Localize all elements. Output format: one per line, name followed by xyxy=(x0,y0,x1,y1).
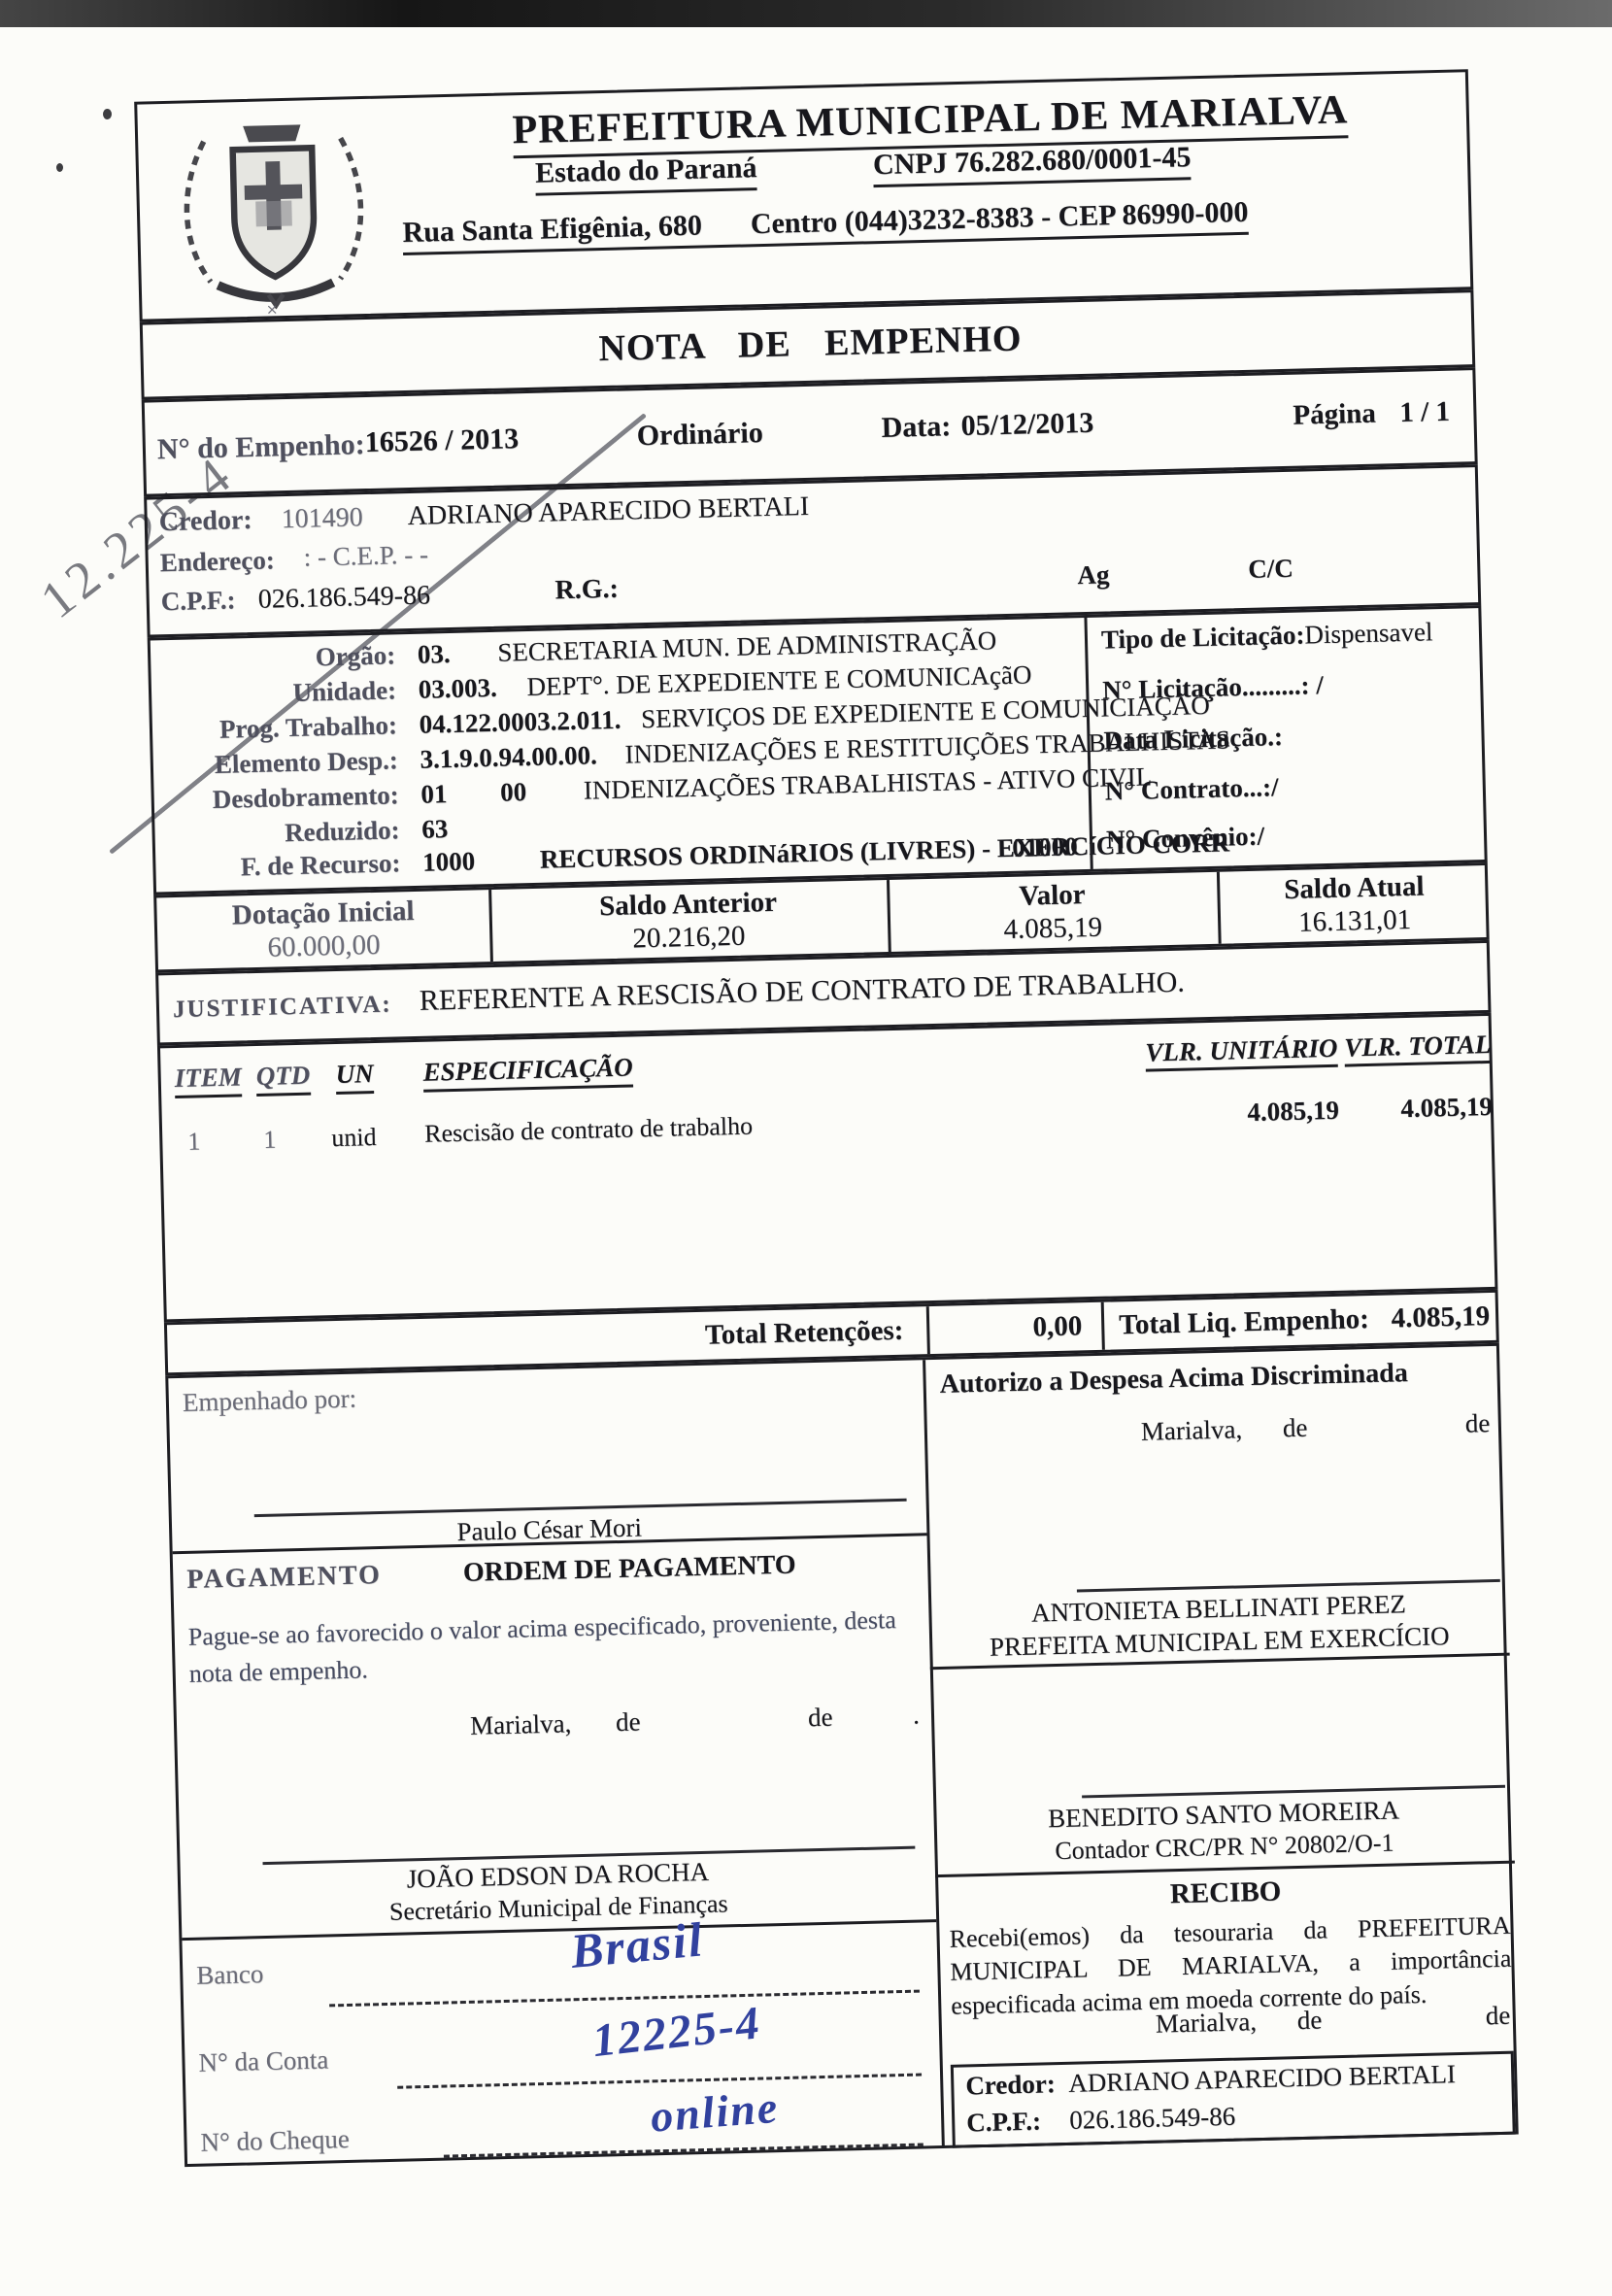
pague-se-text: Pague-se ao favorecido o valor acima esp… xyxy=(187,1602,916,1693)
valor-value: 4.085,19 xyxy=(888,909,1219,949)
orgao-label: Orgão: xyxy=(151,640,396,676)
handwritten-banco: Brasil xyxy=(568,1910,706,1979)
unidade-code: 03.003. xyxy=(418,673,497,704)
conta-label: N° da Conta xyxy=(198,2044,328,2077)
de-token: de xyxy=(1283,1413,1308,1444)
dot-token: . xyxy=(913,1701,921,1731)
municipal-coat-of-arms xyxy=(158,108,388,312)
de-token: de xyxy=(1464,1408,1490,1439)
recibo-credor-label: Credor: xyxy=(965,2069,1056,2101)
recurso-label: F. de Recurso: xyxy=(155,848,401,884)
header-address: Rua Santa Efigênia, 680 xyxy=(402,210,702,250)
prog-label: Prog. Trabalho: xyxy=(152,710,398,746)
empenho-number-value: 16526 / 2013 xyxy=(364,422,519,459)
licitacao-contrato: N° Contrato...:/ xyxy=(1104,772,1278,806)
cc-label: C/C xyxy=(1248,554,1293,585)
col-header-vlr-total: VLR. TOTAL xyxy=(1344,1030,1492,1067)
recibo-text: Recebi(emos) da tesouraria da PREFEITURA… xyxy=(949,1909,1512,2023)
licitacao-tipo-label: Tipo de Licitação: xyxy=(1101,620,1305,654)
desdobramento-code: 01 xyxy=(420,779,448,809)
col-header-vlr-total-wrap: VLR. TOTAL xyxy=(1294,1030,1492,1064)
credor-label: Credor: xyxy=(158,505,252,538)
desdobramento-code2: 00 xyxy=(500,777,527,807)
doc-title: NOTA DE EMPENHO xyxy=(143,306,1478,382)
credor-name: ADRIANO APARECIDO BERTALI xyxy=(407,491,809,532)
conta-fill-line xyxy=(397,2074,922,2089)
totals-divider xyxy=(1101,1302,1105,1350)
de-token: de xyxy=(1485,2001,1510,2032)
col-header-especificacao: ESPECIFICAÇÃO xyxy=(422,1053,633,1093)
endereco-value: : - C.E.P. - - xyxy=(303,540,428,573)
item-vlr-total: 4.085,19 xyxy=(1296,1092,1494,1127)
empenho-date-value: 05/12/2013 xyxy=(960,407,1093,443)
reduzido-label: Reduzido: xyxy=(154,815,400,851)
header-address2: Centro (044)3232-8383 - CEP 86990-000 xyxy=(750,196,1248,241)
total-liq-value: 4.085,19 xyxy=(1284,1300,1491,1337)
orgao-code: 03. xyxy=(418,639,451,669)
header-box: PREFEITURA MUNICIPAL DE MARIALVA Estado … xyxy=(134,69,1473,322)
licitacao-data: Data Licitação.: xyxy=(1103,722,1283,756)
reduzido-code: 63 xyxy=(421,814,449,844)
recibo-cpf-label: C.P.F.: xyxy=(966,2107,1042,2139)
licitacao-tipo-value: Dispensavel xyxy=(1304,617,1433,649)
item-number: 1 xyxy=(187,1127,201,1156)
page-value: 1 / 1 xyxy=(1399,396,1450,429)
item-especificacao: Rescisão de contrato de trabalho xyxy=(424,1112,754,1149)
recibo-cpf-value: 026.186.549-86 xyxy=(1069,2102,1236,2136)
autorizo-title: Autorizo a Despesa Acima Discriminada xyxy=(939,1358,1408,1401)
items-table: ITEM QTD UN ESPECIFICAÇÃO VLR. UNITÁRIO … xyxy=(157,1013,1498,1322)
budget-line-reduzido: Reduzido: 63 xyxy=(154,814,448,851)
scan-speck xyxy=(56,163,63,172)
recurso-code: 1000 xyxy=(422,846,476,876)
endereco-label: Endereço: xyxy=(159,545,275,578)
rg-label: R.G.: xyxy=(554,574,619,607)
cpf-label: C.P.F.: xyxy=(160,585,236,617)
justificativa-label: JUSTIFICATIVA: xyxy=(173,992,392,1025)
column-divider xyxy=(923,1360,945,2145)
cpf-value: 026.186.549-86 xyxy=(257,580,430,615)
banco-fill-line xyxy=(329,1990,920,2008)
nota-de-empenho-form: PREFEITURA MUNICIPAL DE MARIALVA Estado … xyxy=(134,69,1519,2170)
dotacao-value: 60.000,00 xyxy=(157,927,490,966)
elemento-code: 3.1.9.0.94.00.00. xyxy=(420,740,597,773)
cheque-label: N° do Cheque xyxy=(200,2124,350,2158)
justificativa-text: REFERENTE A RESCISÃO DE CONTRATO DE TRAB… xyxy=(419,966,1185,1018)
budget-block: Orgão: 03. SECRETARIA MUN. DE ADMINISTRA… xyxy=(148,605,1488,895)
page-label: Página xyxy=(1293,398,1376,432)
ag-label: Ag xyxy=(1077,559,1110,591)
prog-code: 04.122.0003.2.011. xyxy=(419,705,621,739)
signature-area: Empenhado por: Paulo César Mori PAGAMENT… xyxy=(165,1343,1519,2167)
elemento-label: Elemento Desp.: xyxy=(153,745,399,781)
city-line-right2: Marialva, xyxy=(1155,2007,1257,2040)
de-token: de xyxy=(1296,2005,1322,2036)
licitacao-box: Tipo de Licitação:Dispensavel N° Licitaç… xyxy=(1084,608,1487,869)
licitacao-convenio: N° Convênio:/ xyxy=(1106,822,1265,856)
empenho-date-label: Data: xyxy=(881,410,951,445)
scanned-document-page: 12.225-4 PREFEITURA MUNICIPAL DE MARIALV… xyxy=(0,0,1612,2296)
city-line-left: Marialva, xyxy=(470,1708,572,1741)
de-token: de xyxy=(808,1703,833,1734)
scan-speck xyxy=(103,109,112,119)
city-line-right1: Marialva, xyxy=(1141,1414,1243,1447)
orgao-desc: SECRETARIA MUN. DE ADMINISTRAÇÃO xyxy=(497,625,996,667)
header-cnpj: CNPJ 76.282.680/0001-45 xyxy=(873,141,1192,187)
recibo-credor-box: Credor: ADRIANO APARECIDO BERTALI C.P.F.… xyxy=(951,2051,1516,2148)
handwritten-conta: 12225-4 xyxy=(589,1996,763,2068)
saldo-atual-label: Saldo Atual xyxy=(1217,869,1492,908)
header-title-wrap: PREFEITURA MUNICIPAL DE MARIALVA xyxy=(397,84,1462,156)
header-address-line: Rua Santa Efigênia, 680 Centro (044)3232… xyxy=(402,196,1249,255)
header-estado: Estado do Paraná xyxy=(535,152,757,196)
col-header-item: ITEM xyxy=(174,1062,242,1098)
item-qtd: 1 xyxy=(263,1126,277,1155)
banco-label: Banco xyxy=(196,1959,264,1991)
total-retencoes-label: Total Retenções: xyxy=(167,1315,904,1366)
desdobramento-label: Desdobramento: xyxy=(153,780,399,816)
licitacao-numero: N° Licitação.........: / xyxy=(1102,670,1324,706)
empenho-number-label: N° do Empenho: xyxy=(157,428,365,466)
cheque-fill-line xyxy=(444,2144,924,2158)
recibo-credor-name: ADRIANO APARECIDO BERTALI xyxy=(1068,2059,1456,2099)
scanner-edge-band xyxy=(0,0,1612,27)
ordem-pagamento-title: ORDEM DE PAGAMENTO xyxy=(338,1546,922,1592)
credor-code: 101490 xyxy=(281,502,363,535)
col-header-un: UN xyxy=(335,1059,374,1095)
total-retencoes-value: 0,00 xyxy=(926,1310,1083,1346)
unidade-desc: DEPT°. DE EXPEDIENTE E COMUNICAçãO xyxy=(526,659,1032,701)
de-token: de xyxy=(616,1707,641,1739)
item-un: unid xyxy=(331,1123,377,1153)
licitacao-tipo-line: Tipo de Licitação:Dispensavel xyxy=(1101,617,1433,655)
empenho-type: Ordinário xyxy=(636,417,763,453)
saldo-atual-value: 16.131,01 xyxy=(1218,902,1493,941)
unidade-label: Unidade: xyxy=(151,675,397,711)
col-header-qtd: QTD xyxy=(255,1061,310,1097)
empenhado-por-label: Empenhado por: xyxy=(183,1384,357,1418)
handwritten-cheque: online xyxy=(649,2081,781,2143)
recibo-title: RECIBO xyxy=(935,1871,1516,1917)
recurso-code2: 01000 xyxy=(1012,831,1078,863)
